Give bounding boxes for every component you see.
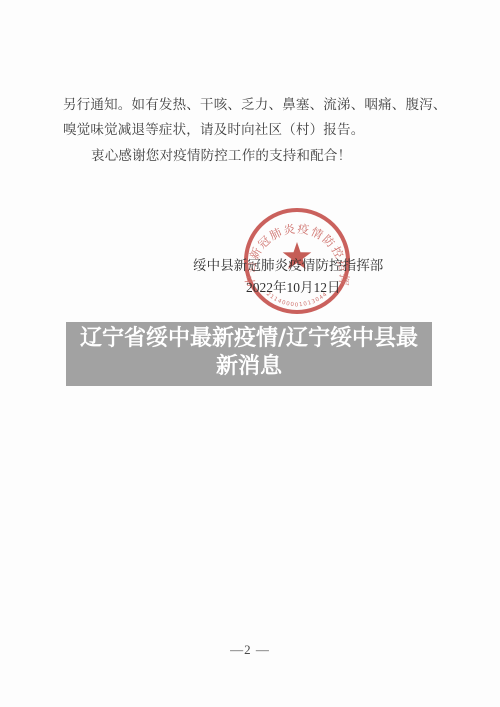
signature-organization: 绥中县新冠肺炎疫情防控指挥部 bbox=[193, 254, 383, 274]
page-number: —2 — bbox=[0, 642, 500, 658]
notice-text-line-2: 嗅觉味觉减退等症状，请及时向社区（村）报告。 bbox=[63, 118, 364, 138]
overlay-caption-text: 辽宁省绥中最新疫情/辽宁绥中县最新消息 bbox=[80, 326, 418, 379]
seal-ring-text: 绥中县新冠肺炎疫情防控指挥部 bbox=[236, 200, 351, 288]
signature-date: 2022年10月12日 bbox=[246, 276, 341, 296]
overlay-caption-banner: 辽宁省绥中最新疫情/辽宁绥中县最新消息 bbox=[66, 322, 432, 386]
scanned-document-page: 另行通知。如有发热、干咳、乏力、鼻塞、流涕、咽痛、腹泻、 嗅觉味觉减退等症状，请… bbox=[0, 0, 500, 707]
svg-text:绥中县新冠肺炎疫情防控指挥部: 绥中县新冠肺炎疫情防控指挥部 bbox=[236, 200, 351, 288]
notice-text-line-3: 衷心感谢您对疫情防控工作的支持和配合！ bbox=[91, 144, 351, 164]
notice-text-line-1: 另行通知。如有发热、干咳、乏力、鼻塞、流涕、咽痛、腹泻、 bbox=[63, 93, 447, 113]
